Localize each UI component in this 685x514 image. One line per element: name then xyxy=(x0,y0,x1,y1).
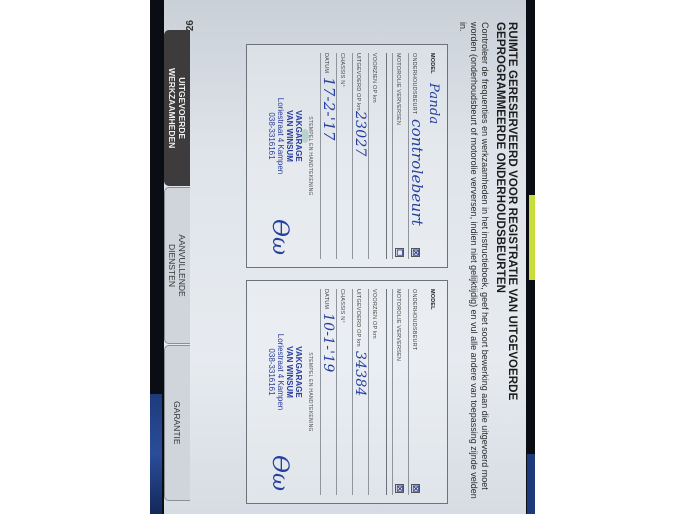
service-row: ONDERHOUDSBEURT controlebeurt ☒ xyxy=(408,53,423,259)
divider xyxy=(386,289,387,495)
service-label: ONDERHOUDSBEURT xyxy=(411,289,417,350)
service-note: controlebeurt xyxy=(408,119,426,226)
oil-change-row: MOTOROLIE VERVERSEN ☒ xyxy=(392,289,407,495)
tab-aanvullende-diensten[interactable]: AANVULLENDEDIENSTEN xyxy=(164,187,190,343)
service-checkbox[interactable]: ☒ xyxy=(411,484,420,493)
done-km-value: 23027 xyxy=(352,111,368,157)
service-record-form-1: MODEL Panda ONDERHOUDSBEURT controlebeur… xyxy=(246,44,448,268)
done-km-row: UITGEVOERD OP km 34384 xyxy=(352,289,367,495)
document-photo: 26 UITGEVOERDEWERKZAAMHEDEN AANVULLENDED… xyxy=(150,0,535,514)
stamp-line: VAN WINSUM xyxy=(285,65,294,207)
oil-change-label: MOTOROLIE VERVERSEN xyxy=(395,289,401,361)
section-tabs: UITGEVOERDEWERKZAAMHEDEN AANVULLENDEDIEN… xyxy=(164,30,190,502)
planned-km-row: VOORZIEN OP km xyxy=(368,53,383,259)
date-label: DATUM xyxy=(323,53,329,73)
model-value: Panda xyxy=(426,83,441,124)
booklet-page-container: 26 UITGEVOERDEWERKZAAMHEDEN AANVULLENDED… xyxy=(164,0,526,514)
signature: Ɵω xyxy=(265,219,293,253)
background-object xyxy=(527,454,535,514)
instructions-text: Controleer de frequenties en werkzaamhed… xyxy=(457,22,490,502)
model-row: MODEL Panda xyxy=(427,53,441,259)
stamp-line: VAKGARAGE xyxy=(294,301,303,443)
page-heading: RUIMTE GERESERVEERD VOOR REGISTRATIE VAN… xyxy=(494,22,518,502)
date-value: 17-2-'17 xyxy=(320,77,338,141)
planned-km-label: VOORZIEN OP km xyxy=(371,53,377,103)
garage-stamp: VAKGARAGE VAN WINSUM Loriestraat 4 Kampe… xyxy=(267,301,303,443)
stamp-line: VAKGARAGE xyxy=(294,65,303,207)
done-km-value: 34384 xyxy=(352,351,368,397)
tab-label: AANVULLENDE xyxy=(178,234,188,296)
done-km-label: UITGEVOERD OP km xyxy=(355,53,361,111)
chassis-label: CHASSIS N° xyxy=(339,53,345,87)
stamp-line: VAN WINSUM xyxy=(285,301,294,443)
tab-uitgevoerde-werkzaamheden[interactable]: UITGEVOERDEWERKZAAMHEDEN xyxy=(164,30,190,186)
service-row: ONDERHOUDSBEURT ☒ xyxy=(408,289,423,495)
background-object xyxy=(150,394,162,514)
tab-label: UITGEVOERDE xyxy=(178,68,188,148)
stamp-line: 038-3316161 xyxy=(267,65,276,207)
done-km-row: UITGEVOERD OP km 23027 xyxy=(352,53,367,259)
chassis-label: CHASSIS N° xyxy=(339,289,345,323)
stamp-line: 038-3316161 xyxy=(267,301,276,443)
oil-change-label: MOTOROLIE VERVERSEN xyxy=(395,53,401,125)
divider xyxy=(386,53,387,259)
oil-change-checkbox[interactable]: ☐ xyxy=(395,248,404,257)
model-row: MODEL xyxy=(427,289,441,495)
oil-change-row: MOTOROLIE VERVERSEN ☐ xyxy=(392,53,407,259)
planned-km-label: VOORZIEN OP km xyxy=(371,289,377,339)
tab-label: WERKZAAMHEDEN xyxy=(168,68,178,148)
chassis-row: CHASSIS N° xyxy=(336,289,351,495)
date-row: DATUM 17-2-'17 xyxy=(320,53,335,259)
tab-label: DIENSTEN xyxy=(168,234,178,296)
planned-km-row: VOORZIEN OP km xyxy=(368,289,383,495)
date-row: DATUM 10-1-'19 xyxy=(320,289,335,495)
signature: Ɵω xyxy=(265,455,293,489)
date-value: 10-1-'19 xyxy=(320,313,336,372)
background-object xyxy=(529,195,535,280)
booklet-page: 26 UITGEVOERDEWERKZAAMHEDEN AANVULLENDED… xyxy=(164,0,526,514)
stamp-line: Loriestraat 4 Kampen xyxy=(276,65,285,207)
date-label: DATUM xyxy=(323,289,329,309)
done-km-label: UITGEVOERD OP km xyxy=(355,289,361,347)
stamp-line: Loriestraat 4 Kampen xyxy=(276,301,285,443)
service-label: ONDERHOUDSBEURT xyxy=(411,53,417,114)
service-checkbox[interactable]: ☒ xyxy=(411,248,420,257)
stamp-signature-label: STEMPEL EN HANDTEKENING xyxy=(307,281,313,503)
service-record-form-2: MODEL ONDERHOUDSBEURT ☒ MOTOROLIE VERVER… xyxy=(246,280,448,504)
stamp-signature-label: STEMPEL EN HANDTEKENING xyxy=(307,45,313,267)
chassis-row: CHASSIS N° xyxy=(336,53,351,259)
garage-stamp: VAKGARAGE VAN WINSUM Loriestraat 4 Kampe… xyxy=(267,65,303,207)
oil-change-checkbox[interactable]: ☒ xyxy=(395,484,404,493)
model-label: MODEL xyxy=(429,289,435,310)
tab-label: GARANTIE xyxy=(173,401,183,444)
tab-garantie[interactable]: GARANTIE xyxy=(164,345,190,501)
model-label: MODEL xyxy=(429,53,435,74)
